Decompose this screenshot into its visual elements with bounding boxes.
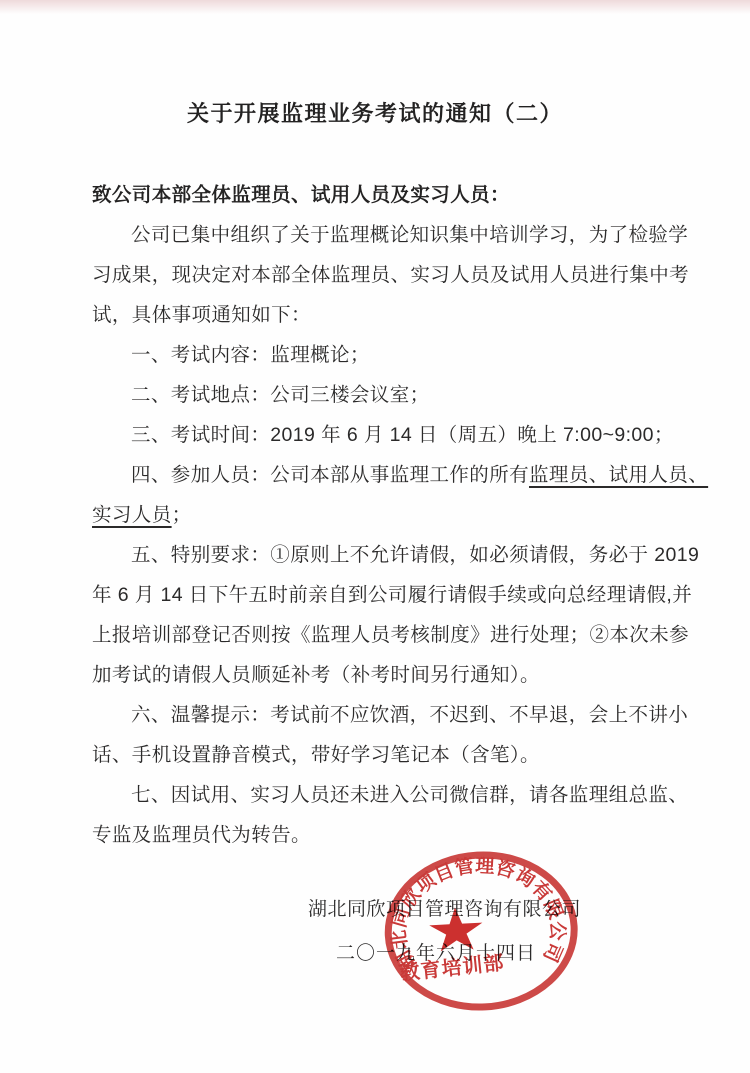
text-segment: 五、特别要求：①原则上不允许请假，如必须请假，务必于 2019 (131, 544, 699, 566)
document-title: 关于开展监理业务考试的通知（二） (0, 97, 750, 128)
text-segment: 话、手机设置静音模式，带好学习笔记本（含笔）。 (92, 744, 540, 766)
text-line: 公司已集中组织了关于监理概论知识集中培训学习，为了检验学 (92, 215, 670, 255)
text-segment: 年 6 月 14 日下午五时前亲自到公司履行请假手续或向总经理请假,并 (92, 584, 692, 606)
scanned-notice-page: 关于开展监理业务考试的通知（二） 致公司本部全体监理员、试用人员及实习人员：公司… (0, 0, 750, 1073)
text-segment: 六、温馨提示：考试前不应饮酒，不迟到、不早退，会上不讲小 (131, 704, 688, 726)
text-line: 三、考试时间：2019 年 6 月 14 日（周五）晚上 7:00~9:00； (92, 415, 670, 455)
text-segment: 三、考试时间：2019 年 6 月 14 日（周五）晚上 7:00~9:00； (131, 424, 674, 446)
underlined-text: 实习人员 (92, 504, 172, 526)
text-line: 年 6 月 14 日下午五时前亲自到公司履行请假手续或向总经理请假,并 (92, 575, 670, 615)
text-line: 二、考试地点：公司三楼会议室； (92, 375, 670, 415)
scan-artifact-top-edge (0, 0, 750, 14)
text-line: 习成果，现决定对本部全体监理员、实习人员及试用人员进行集中考 (92, 255, 670, 295)
text-segment: 致公司本部全体监理员、试用人员及实习人员： (92, 184, 510, 206)
text-segment: 上报培训部登记否则按《监理人员考核制度》进行处理；②本次未参 (92, 624, 689, 646)
text-segment: 四、参加人员：公司本部从事监理工作的所有 (131, 464, 529, 486)
text-line: 话、手机设置静音模式，带好学习笔记本（含笔）。 (92, 735, 670, 775)
text-line: 上报培训部登记否则按《监理人员考核制度》进行处理；②本次未参 (92, 615, 670, 655)
text-segment: 一、考试内容：监理概论； (131, 344, 370, 366)
text-segment: 专监及监理员代为转告。 (92, 824, 311, 846)
text-segment: 习成果，现决定对本部全体监理员、实习人员及试用人员进行集中考 (92, 264, 689, 286)
text-segment: 试，具体事项通知如下： (92, 304, 311, 326)
text-segment: ； (172, 504, 192, 526)
red-star-icon (428, 906, 483, 952)
text-line: 七、因试用、实习人员还未进入公司微信群，请各监理组总监、 (92, 775, 670, 815)
text-line: 实习人员； (92, 495, 670, 535)
company-seal: 湖北同欣项目管理咨询有限公司 教育培训部 (374, 837, 589, 1018)
text-line: 试，具体事项通知如下： (92, 295, 670, 335)
text-line: 加考试的请假人员顺延补考（补考时间另行通知）。 (92, 655, 670, 695)
text-line: 六、温馨提示：考试前不应饮酒，不迟到、不早退，会上不讲小 (92, 695, 670, 735)
text-segment: 二、考试地点：公司三楼会议室； (131, 384, 430, 406)
text-line: 一、考试内容：监理概论； (92, 335, 670, 375)
document-body: 致公司本部全体监理员、试用人员及实习人员：公司已集中组织了关于监理概论知识集中培… (92, 175, 670, 855)
text-line: 致公司本部全体监理员、试用人员及实习人员： (92, 175, 670, 215)
underlined-text: 监理员、试用人员、 (529, 464, 708, 486)
text-segment: 公司已集中组织了关于监理概论知识集中培训学习，为了检验学 (131, 224, 688, 246)
text-segment: 七、因试用、实习人员还未进入公司微信群，请各监理组总监、 (131, 784, 688, 806)
text-line: 四、参加人员：公司本部从事监理工作的所有监理员、试用人员、 (92, 455, 670, 495)
text-line: 五、特别要求：①原则上不允许请假，如必须请假，务必于 2019 (92, 535, 670, 575)
text-segment: 加考试的请假人员顺延补考（补考时间另行通知）。 (92, 664, 540, 686)
